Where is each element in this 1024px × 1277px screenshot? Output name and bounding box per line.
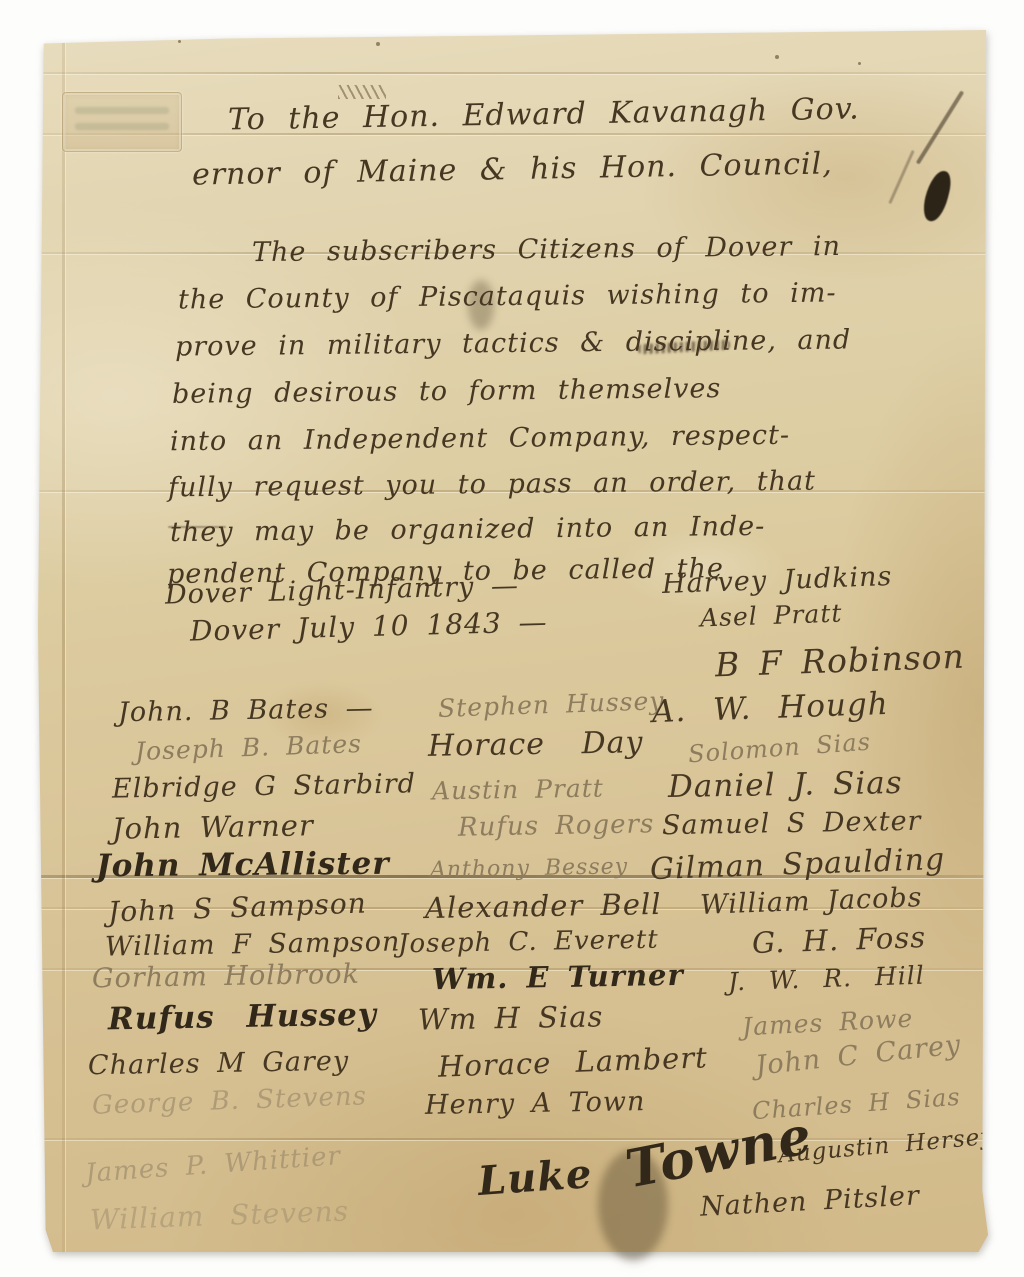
signature-john-b-bates: John. B Bates — [118, 695, 374, 726]
signature-towne: Towne [622, 1110, 817, 1197]
company-name-line: Dover Light-Infantry — [165, 572, 520, 608]
heading-line-2: ernor of Maine & his Hon. Council, [192, 149, 833, 190]
signature-james-p-whittier: James P. Whittier [84, 1143, 341, 1187]
signature-asel-pratt: Asel Pratt [700, 601, 843, 631]
ink-stroke [888, 150, 914, 204]
speck [178, 40, 181, 43]
signature-alexander-bell: Alexander Bell [425, 890, 662, 923]
signature-rufus-hussey: Rufus Hussey [108, 1000, 377, 1036]
speck [775, 55, 779, 59]
body-line: prove in military tactics & discipline, … [175, 326, 851, 360]
scanned-document-page: { "heading": { "line1": "To the Hon. Edw… [0, 0, 1024, 1277]
signature-b-f-robinson: B F Robinson [715, 640, 966, 682]
signature-joseph-c-everett: Joseph C. Everett [398, 927, 659, 958]
body-line: into an Independent Company, respect- [170, 422, 790, 455]
document-paper: To the Hon. Edward Kavanagh Gov. ernor o… [38, 30, 988, 1252]
body-line: being desirous to form themselves [172, 375, 722, 408]
signature-anthony-bessey: Anthony Bessey [430, 856, 628, 881]
signature-william-jacobs: William Jacobs [700, 884, 923, 919]
body-line: they may be organized into an Inde- [170, 513, 766, 546]
signature-stephen-hussey: Stephen Hussey [438, 688, 665, 721]
signature-george-b-stevens: George B. Stevens [92, 1083, 368, 1119]
signature-john-s-sampson: John S Sampson [108, 889, 368, 926]
signature-a-w-hough: A. W. Hough [652, 689, 890, 728]
signature-austin-pratt: Austin Pratt [432, 776, 604, 804]
signature-charles-m-garey: Charles M Garey [88, 1048, 350, 1080]
signature-john-warner: John Warner [112, 811, 314, 844]
signature-john-mcallister: John McAllister [96, 849, 390, 883]
embossed-stamp [62, 92, 182, 152]
date-line: Dover July 10 1843 — [190, 608, 548, 645]
signature-wm-e-turner: Wm. E Turner [432, 961, 684, 994]
fold-line [38, 72, 988, 74]
signature-james-rowe: James Rowe [741, 1006, 913, 1040]
document-paper-wrap: To the Hon. Edward Kavanagh Gov. ernor o… [38, 30, 988, 1252]
signature-horace-day: Horace Day [428, 728, 644, 762]
signature-gorham-holbrook: Gorham Holbrook [92, 961, 360, 993]
signature-joseph-b-bates: Joseph B. Bates [135, 731, 363, 764]
signature-william-f-sampson: William F Sampson [105, 928, 401, 960]
signature-samuel-s-dexter: Samuel S Dexter [662, 808, 922, 840]
signature-harvey-judkins: Harvey Judkins [662, 563, 893, 598]
body-line: The subscribers Citizens of Dover in [252, 233, 841, 266]
signature-gilman-spaulding: Gilman Spaulding [650, 845, 946, 885]
signature-luke: Luke [477, 1154, 594, 1202]
body-line: fully request you to pass an order, that [168, 468, 816, 502]
signature-elbridge-g-starbird: Elbridge G Starbird [112, 770, 416, 802]
ink-blob [920, 168, 954, 224]
signature-daniel-j-sias: Daniel J. Sias [668, 768, 903, 803]
signature-henry-a-town: Henry A Town [425, 1088, 646, 1119]
speck [376, 42, 380, 46]
signature-j-w-r-hill: J. W. R. Hill [728, 963, 925, 995]
ink-hatch-marks [338, 85, 386, 99]
signature-rufus-rogers: Rufus Rogers [458, 811, 655, 840]
signature-horace-lambert: Horace Lambert [438, 1043, 709, 1081]
ink-stroke [916, 90, 964, 164]
signature-solomon-sias: Solomon Sias [687, 730, 871, 767]
signature-nathen-pitsler: Nathen Pitsler [699, 1182, 920, 1220]
signature-william-stevens: William Stevens [90, 1197, 350, 1234]
heading-line-1: To the Hon. Edward Kavanagh Gov. [228, 94, 860, 135]
vertical-crease [62, 30, 65, 1252]
signature-wm-h-sias: Wm H Sias [418, 1002, 604, 1034]
signature-g-h-foss: G. H. Foss [752, 923, 927, 958]
body-line: the County of Piscataquis wishing to im- [178, 280, 837, 314]
speck [858, 62, 861, 65]
